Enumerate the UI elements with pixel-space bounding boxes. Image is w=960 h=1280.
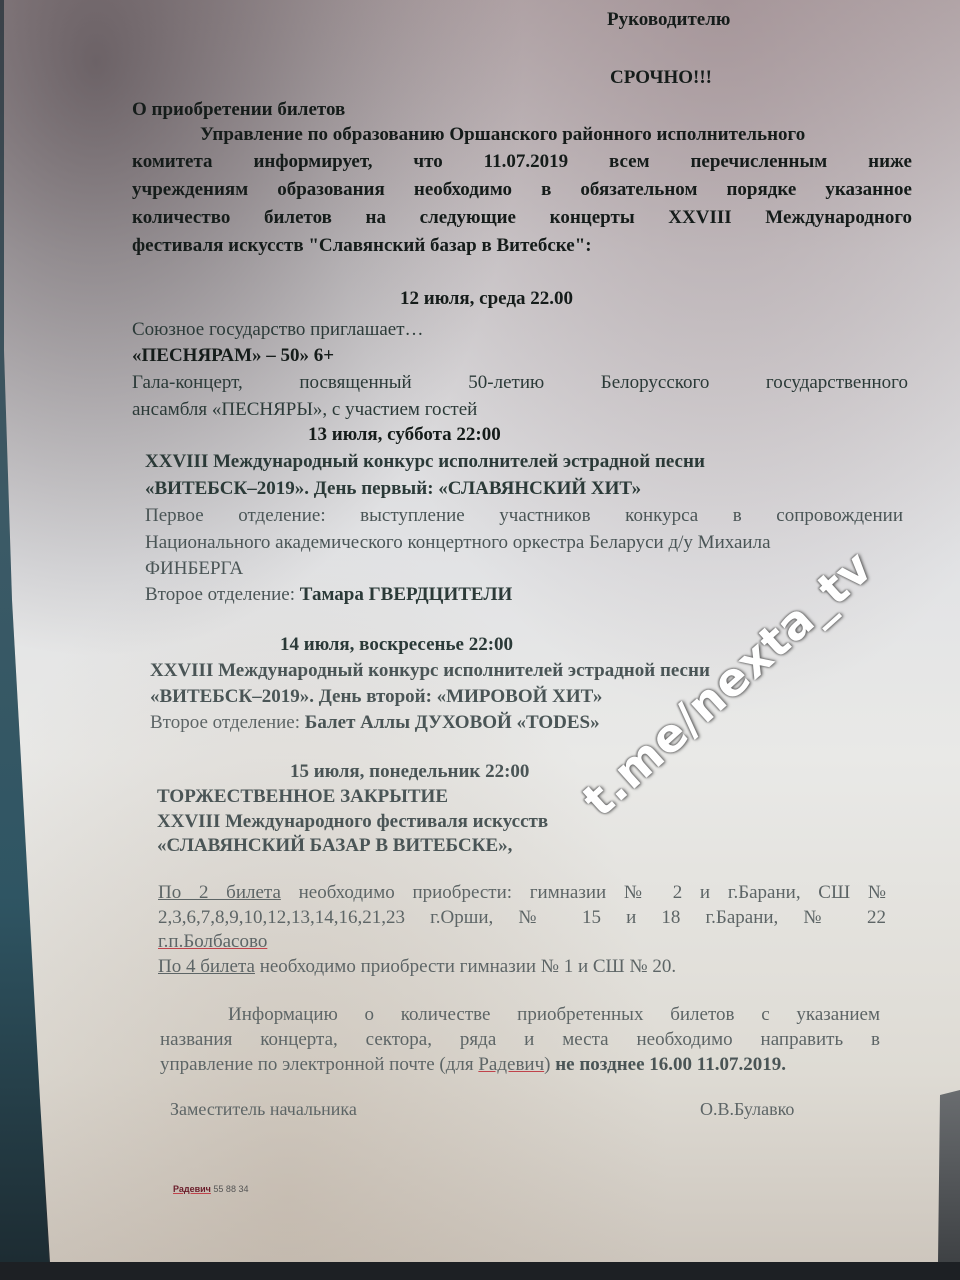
second-part-value: Тамара ГВЕРДЦИТЕЛИ xyxy=(300,584,513,605)
concert-second-part: Второе отделение: Балет Аллы ДУХОВОЙ «TO… xyxy=(150,711,600,735)
concert-date: 14 июля, воскресенье 22:00 xyxy=(280,633,513,657)
signature-name: О.В.Булавко xyxy=(700,1097,794,1121)
executor-footer: Радевич 55 88 34 xyxy=(173,1184,248,1194)
intro-line: фестиваля искусств "Славянский базар в В… xyxy=(132,234,592,258)
intro-line: Управление по образованию Оршанского рай… xyxy=(200,123,805,147)
two-tickets-line: По 2 билета необходимо приобрести: гимна… xyxy=(158,881,886,905)
four-tickets-label: По 4 билета xyxy=(158,956,255,977)
concert-second-part: Второе отделение: Тамара ГВЕРДЦИТЕЛИ xyxy=(145,583,512,607)
nexta-watermark: t.me/nexta_tv xyxy=(572,539,883,827)
concert-date: 12 июля, среда 22.00 xyxy=(400,287,573,311)
two-tickets-town: г.п.Болбасово xyxy=(158,931,267,952)
concert-title: XXVIII Международный конкурс исполнителе… xyxy=(150,659,710,683)
second-part-label: Второе отделение: xyxy=(150,712,300,733)
concert-title: «СЛАВЯНСКИЙ БАЗАР В ВИТЕБСКЕ», xyxy=(157,834,512,858)
concert-line: Союзное государство приглашает… xyxy=(132,318,424,342)
two-tickets-text: необходимо приобрести: гимназии № 2 и г.… xyxy=(299,882,886,903)
concert-title: «ПЕСНЯРАМ» – 50» 6+ xyxy=(132,344,334,368)
signature-position: Заместитель начальника xyxy=(170,1097,357,1121)
concert-title: «ВИТЕБСК–2019». День второй: «МИРОВОЙ ХИ… xyxy=(150,685,602,709)
two-tickets-schools: 2,3,6,7,8,9,10,12,13,14,16,21,23 г.Орши,… xyxy=(158,906,886,930)
concert-title: «ВИТЕБСК–2019». День первый: «СЛАВЯНСКИЙ… xyxy=(145,477,641,501)
intro-line: количество билетов на следующие концерты… xyxy=(132,206,912,230)
two-tickets-town-line: г.п.Болбасово xyxy=(158,930,267,954)
intro-line: комитета информирует, что 11.07.2019 все… xyxy=(132,150,912,174)
concert-line: ФИНБЕРГА xyxy=(145,557,243,581)
closing-line: управление по электронной почте (для Рад… xyxy=(160,1053,786,1077)
concert-title: XXVIII Международного фестиваля искусств xyxy=(157,810,548,834)
closing-line: названия концерта, сектора, ряда и места… xyxy=(160,1028,880,1052)
concert-line: Гала-концерт, посвященный 50-летию Белор… xyxy=(132,371,908,395)
concert-title: XXVIII Международный конкурс исполнителе… xyxy=(145,450,705,474)
concert-date: 13 июля, суббота 22:00 xyxy=(308,423,501,447)
recipient-name: Радевич xyxy=(478,1054,544,1075)
concert-line: ансамбля «ПЕСНЯРЫ», с участием гостей xyxy=(132,398,477,422)
concert-line: Первое отделение: выступление участников… xyxy=(145,504,903,528)
intro-line: учреждениям образования необходимо в обя… xyxy=(132,178,912,202)
four-tickets-text: необходимо приобрести гимназии № 1 и СШ … xyxy=(260,956,676,977)
closing-line: Информацию о количестве приобретенных би… xyxy=(228,1003,880,1027)
concert-date: 15 июля, понедельник 22:00 xyxy=(290,760,529,784)
four-tickets-line: По 4 билета необходимо приобрести гимназ… xyxy=(158,955,676,979)
two-tickets-label: По 2 билета xyxy=(158,882,281,903)
concert-title: ТОРЖЕСТВЕННОЕ ЗАКРЫТИЕ xyxy=(157,785,448,809)
executor-name: Радевич xyxy=(173,1184,211,1194)
concert-line: Национального академического концертного… xyxy=(145,531,771,555)
closing-paren: ) xyxy=(544,1054,550,1075)
subject-line: О приобретении билетов xyxy=(132,98,345,122)
executor-phone: 55 88 34 xyxy=(213,1184,248,1194)
monitor-bezel-bottom xyxy=(0,1262,960,1280)
closing-text: управление по электронной почте (для xyxy=(160,1054,478,1075)
second-part-label: Второе отделение: xyxy=(145,584,295,605)
document-content: Руководителю СРОЧНО!!! О приобретении би… xyxy=(0,0,960,1262)
addressee: Руководителю xyxy=(607,8,730,32)
second-part-value: Балет Аллы ДУХОВОЙ «TODES» xyxy=(305,712,600,733)
urgency-label: СРОЧНО!!! xyxy=(610,66,712,90)
deadline: не позднее 16.00 11.07.2019. xyxy=(555,1054,786,1075)
